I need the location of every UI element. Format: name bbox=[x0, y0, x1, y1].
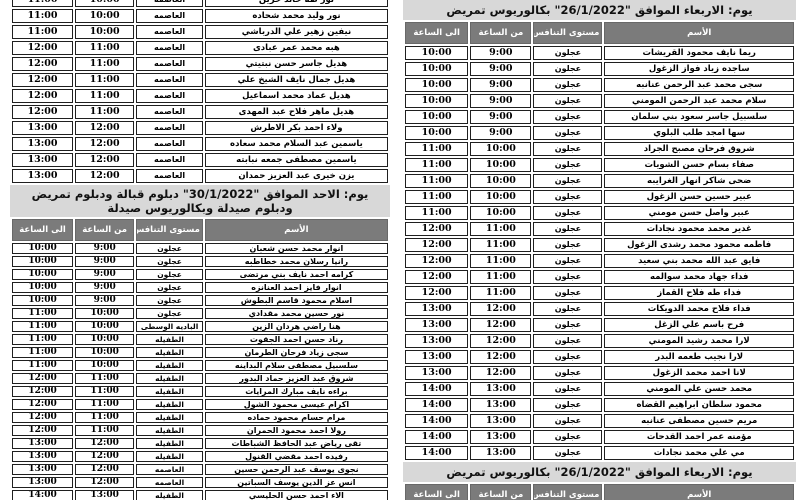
name-cell: شروق فرحان مصبح الجراد bbox=[604, 142, 794, 156]
from-cell: 9:00 bbox=[470, 110, 531, 124]
schedule-table-sunday: الأسم مستوى التنافس من الساعة الى الساعة… bbox=[10, 217, 390, 500]
name-cell: عبير واصل حسن مومني bbox=[604, 206, 794, 220]
from-cell: 10:00 bbox=[75, 0, 134, 7]
from-cell: 12:00 bbox=[75, 438, 134, 449]
name-cell: سلسبيل مصطفى سلام البداينه bbox=[205, 360, 388, 371]
name-cell: رانيا رسلان محمد خطاطبه bbox=[205, 256, 388, 267]
table-row: اسلام محمود قاسم البطوشعجلون9:0010:00 bbox=[12, 295, 388, 306]
from-cell: 12:00 bbox=[470, 366, 531, 380]
table-row: نيفين زهير علي الدرباشيالعاصمه10:0011:00 bbox=[12, 25, 388, 39]
column-wednesday: يوم: الاربعاء الموافق "26/1/2022" بكالور… bbox=[403, 0, 796, 500]
to-cell: 13:00 bbox=[12, 169, 73, 183]
table-row: مي علي محمد نجاداتعجلون13:0014:00 bbox=[405, 446, 794, 460]
table-row: هبه محمد عمر عبادىالعاصمه11:0012:00 bbox=[12, 41, 388, 55]
name-cell: نيفين زهير علي الدرباشي bbox=[205, 25, 388, 39]
level-cell: عجلون bbox=[533, 382, 602, 396]
col-header-level: مستوى التنافس bbox=[533, 22, 602, 44]
to-cell: 10:00 bbox=[405, 46, 468, 60]
name-cell: فداء جهاد محمد سوالمه bbox=[604, 270, 794, 284]
table-row: سلسبيل جاسر سعود بني سلمانعجلون9:0010:00 bbox=[405, 110, 794, 124]
level-cell: عجلون bbox=[533, 222, 602, 236]
table-row: فداء جهاد محمد سوالمهعجلون11:0012:00 bbox=[405, 270, 794, 284]
level-cell: عجلون bbox=[533, 238, 602, 252]
name-cell: ريما نايف محمود القريشات bbox=[604, 46, 794, 60]
from-cell: 11:00 bbox=[75, 105, 134, 119]
to-cell: 12:00 bbox=[405, 238, 468, 252]
table-row: فاطمه محمود محمد رشدى الزغولعجلون11:0012… bbox=[405, 238, 794, 252]
to-cell: 10:00 bbox=[405, 62, 468, 76]
level-cell: العاصمه bbox=[136, 57, 203, 71]
col-header-name: الأسم bbox=[205, 219, 388, 241]
col-header-level: مستوى التنافس bbox=[533, 484, 602, 500]
level-cell: عجلون bbox=[136, 269, 203, 280]
level-cell: عجلون bbox=[533, 46, 602, 60]
from-cell: 10:00 bbox=[75, 25, 134, 39]
to-cell: 12:00 bbox=[12, 425, 73, 436]
to-cell: 10:00 bbox=[405, 126, 468, 140]
to-cell: 13:00 bbox=[12, 451, 73, 462]
name-cell: محمد حسن علي المومني bbox=[604, 382, 794, 396]
name-cell: اسلام محمود قاسم البطوش bbox=[205, 295, 388, 306]
name-cell: سجى محمد عبد الرحمن عنانبه bbox=[604, 78, 794, 92]
table-row: سلام محمد عبد الرحمن المومنيعجلون9:0010:… bbox=[405, 94, 794, 108]
level-cell: عجلون bbox=[533, 142, 602, 156]
from-cell: 13:00 bbox=[470, 414, 531, 428]
schedule-table-wednesday-next: الأسم مستوى التنافس من الساعة الى الساعة bbox=[403, 482, 796, 500]
to-cell: 14:00 bbox=[405, 382, 468, 396]
name-cell: يزن خيرى عبد العزيز حمدان bbox=[205, 169, 388, 183]
name-cell: هبه محمد عمر عبادى bbox=[205, 41, 388, 55]
level-cell: العاصمه bbox=[136, 89, 203, 103]
to-cell: 11:00 bbox=[12, 321, 73, 332]
table-row: لارا نجيب طعمه البدرعجلون12:0013:00 bbox=[405, 350, 794, 364]
to-cell: 13:00 bbox=[405, 302, 468, 316]
name-cell: فرح باسم علي الزغل bbox=[604, 318, 794, 332]
level-cell: الطفيله bbox=[136, 451, 203, 462]
name-cell: ساجده زياد فواز الزغول bbox=[604, 62, 794, 76]
to-cell: 11:00 bbox=[405, 206, 468, 220]
name-cell: هديل جمال نايف الشيخ علي bbox=[205, 73, 388, 87]
name-cell: اكرام عيسى محمود الشول bbox=[205, 399, 388, 410]
from-cell: 12:00 bbox=[470, 334, 531, 348]
table-row: رانيا رسلان محمد خطاطبهعجلون9:0010:00 bbox=[12, 256, 388, 267]
level-cell: عجلون bbox=[136, 295, 203, 306]
table-row: الاء احمد حسن الحليسيالطفيله13:0014:00 bbox=[12, 490, 388, 500]
col-header-name: الأسم bbox=[604, 484, 794, 500]
header-row: الأسم مستوى التنافس من الساعة الى الساعة bbox=[12, 219, 388, 241]
table-row: فايق عبد الله محمد بني سعيدعجلون11:0012:… bbox=[405, 254, 794, 268]
name-cell: ولاء احمد بكر الاطرش bbox=[205, 121, 388, 135]
from-cell: 9:00 bbox=[470, 126, 531, 140]
from-cell: 9:00 bbox=[470, 46, 531, 60]
table-row: فرح باسم علي الزغلعجلون12:0013:00 bbox=[405, 318, 794, 332]
level-cell: عجلون bbox=[136, 282, 203, 293]
name-cell: نور وليد محمد شحاده bbox=[205, 9, 388, 23]
col-header-level: مستوى التنافس bbox=[136, 219, 203, 241]
level-cell: عجلون bbox=[533, 302, 602, 316]
to-cell: 11:00 bbox=[12, 334, 73, 345]
to-cell: 12:00 bbox=[12, 41, 73, 55]
level-cell: العاصمه bbox=[136, 25, 203, 39]
to-cell: 11:00 bbox=[12, 9, 73, 23]
to-cell: 10:00 bbox=[405, 94, 468, 108]
name-cell: الاء احمد حسن الحليسي bbox=[205, 490, 388, 500]
to-cell: 10:00 bbox=[12, 295, 73, 306]
to-cell: 12:00 bbox=[12, 89, 73, 103]
table-row: رفيده احمد مقضي القنولالطفيله12:0013:00 bbox=[12, 451, 388, 462]
from-cell: 11:00 bbox=[75, 399, 134, 410]
to-cell: 12:00 bbox=[405, 270, 468, 284]
table-row: فداء طه فلاح القمازعجلون11:0012:00 bbox=[405, 286, 794, 300]
to-cell: 14:00 bbox=[405, 430, 468, 444]
level-cell: عجلون bbox=[533, 270, 602, 284]
to-cell: 12:00 bbox=[12, 399, 73, 410]
to-cell: 13:00 bbox=[12, 438, 73, 449]
col-header-from: من الساعة bbox=[75, 219, 134, 241]
name-cell: مرام حسام محمود حماده bbox=[205, 412, 388, 423]
from-cell: 12:00 bbox=[75, 153, 134, 167]
name-cell: نور حسين محمد مقدادي bbox=[205, 308, 388, 319]
level-cell: العاصمه bbox=[136, 9, 203, 23]
table-row: هديل جمال نايف الشيخ عليالعاصمه11:0012:0… bbox=[12, 73, 388, 87]
name-cell: براءه نايف مبارك المرايات bbox=[205, 386, 388, 397]
name-cell: فاطمه محمود محمد رشدى الزغول bbox=[604, 238, 794, 252]
name-cell: ياسمين مصطفى جمعه نبابته bbox=[205, 153, 388, 167]
from-cell: 11:00 bbox=[470, 222, 531, 236]
from-cell: 13:00 bbox=[470, 446, 531, 460]
table-row: رناد حسن احمد الجقوتالطفيله10:0011:00 bbox=[12, 334, 388, 345]
name-cell: لارا نجيب طعمه البدر bbox=[604, 350, 794, 364]
table-row: ساجده زياد فواز الزغولعجلون9:0010:00 bbox=[405, 62, 794, 76]
table-row: لانا احمد محمد الزغولعجلون12:0013:00 bbox=[405, 366, 794, 380]
table-row: هديل عماد محمد اسماعيلالعاصمه11:0012:00 bbox=[12, 89, 388, 103]
table-row: ضحى شاكر انهار الغرايبهعجلون10:0011:00 bbox=[405, 174, 794, 188]
level-cell: عجلون bbox=[533, 350, 602, 364]
name-cell: فداء طه فلاح القماز bbox=[604, 286, 794, 300]
level-cell: الطفيله bbox=[136, 334, 203, 345]
to-cell: 13:00 bbox=[12, 153, 73, 167]
to-cell: 10:00 bbox=[12, 256, 73, 267]
from-cell: 10:00 bbox=[470, 190, 531, 204]
name-cell: عبير حسين حسن الزغول bbox=[604, 190, 794, 204]
table-row: عبير واصل حسن مومنيعجلون10:0011:00 bbox=[405, 206, 794, 220]
col-header-to: الى الساعة bbox=[405, 484, 468, 500]
table-row: ياسمين مصطفى جمعه نبابتهالعاصمه12:0013:0… bbox=[12, 153, 388, 167]
to-cell: 14:00 bbox=[405, 446, 468, 460]
level-cell: عجلون bbox=[533, 430, 602, 444]
level-cell: الطفيله bbox=[136, 425, 203, 436]
level-cell: العاصمه bbox=[136, 169, 203, 183]
level-cell: الطفيله bbox=[136, 347, 203, 358]
level-cell: عجلون bbox=[533, 414, 602, 428]
from-cell: 11:00 bbox=[75, 57, 134, 71]
name-cell: انوار فايز احمد العنانزه bbox=[205, 282, 388, 293]
table-row: اكرام عيسى محمود الشولالطفيله11:0012:00 bbox=[12, 399, 388, 410]
to-cell: 13:00 bbox=[405, 318, 468, 332]
level-cell: العاصمه bbox=[136, 121, 203, 135]
to-cell: 12:00 bbox=[12, 386, 73, 397]
name-cell: مي علي محمد نجادات bbox=[604, 446, 794, 460]
level-cell: العاصمه bbox=[136, 0, 203, 7]
from-cell: 12:00 bbox=[75, 169, 134, 183]
name-cell: سها امجد طلب البلوي bbox=[604, 126, 794, 140]
from-cell: 11:00 bbox=[470, 286, 531, 300]
table-row: سلسبيل مصطفى سلام البداينهالطفيله10:0011… bbox=[12, 360, 388, 371]
name-cell: سجى زياد فرحان الطرمان bbox=[205, 347, 388, 358]
level-cell: عجلون bbox=[533, 318, 602, 332]
level-cell: عجلون bbox=[533, 62, 602, 76]
from-cell: 10:00 bbox=[470, 158, 531, 172]
to-cell: 11:00 bbox=[12, 25, 73, 39]
table-row: شروق فرحان مصبح الجرادعجلون10:0011:00 bbox=[405, 142, 794, 156]
from-cell: 10:00 bbox=[470, 142, 531, 156]
to-cell: 10:00 bbox=[405, 110, 468, 124]
table-row: فداء فلاح محمد الدويكاتعجلون12:0013:00 bbox=[405, 302, 794, 316]
from-cell: 10:00 bbox=[75, 347, 134, 358]
level-cell: العاصمه bbox=[136, 137, 203, 151]
name-cell: تقى رياض عبد الحافظ الشباطات bbox=[205, 438, 388, 449]
to-cell: 14:00 bbox=[12, 490, 73, 500]
to-cell: 12:00 bbox=[12, 73, 73, 87]
level-cell: عجلون bbox=[533, 254, 602, 268]
table-row: شروق عبد العزيز حماد البدورالطفيله11:001… bbox=[12, 373, 388, 384]
level-cell: الباديه الوسطى bbox=[136, 321, 203, 332]
name-cell: مؤمنه عمر احمد القدحات bbox=[604, 430, 794, 444]
table-row: انوار فايز احمد العنانزهعجلون9:0010:00 bbox=[12, 282, 388, 293]
table-row: نجوى يوسف عبد الرحمن حسينالعاصمه12:0013:… bbox=[12, 464, 388, 475]
table-row: ريما نايف محمود القريشاتعجلون9:0010:00 bbox=[405, 46, 794, 60]
name-cell: انوار محمد حسن شعبان bbox=[205, 243, 388, 254]
name-cell: هديل ماهر فلاح عبد المهدى bbox=[205, 105, 388, 119]
table-row: سجى زياد فرحان الطرمانالطفيله10:0011:00 bbox=[12, 347, 388, 358]
table-row: صفاء بسام حسن الشوياتعجلون10:0011:00 bbox=[405, 158, 794, 172]
from-cell: 13:00 bbox=[470, 430, 531, 444]
column-continuation: نور طه خالد حزينالعاصمه10:0011:00نور ولي… bbox=[10, 0, 390, 500]
level-cell: عجلون bbox=[533, 398, 602, 412]
from-cell: 10:00 bbox=[75, 321, 134, 332]
table-row: نور وليد محمد شحادهالعاصمه10:0011:00 bbox=[12, 9, 388, 23]
name-cell: مريم حسين مصطفى عنانبه bbox=[604, 414, 794, 428]
to-cell: 12:00 bbox=[12, 105, 73, 119]
from-cell: 12:00 bbox=[470, 302, 531, 316]
to-cell: 11:00 bbox=[12, 347, 73, 358]
from-cell: 11:00 bbox=[470, 238, 531, 252]
section-title-wednesday: يوم: الاربعاء الموافق "26/1/2022" بكالور… bbox=[403, 0, 796, 20]
to-cell: 10:00 bbox=[12, 282, 73, 293]
to-cell: 11:00 bbox=[405, 190, 468, 204]
name-cell: نجوى يوسف عبد الرحمن حسين bbox=[205, 464, 388, 475]
table-row: لارا محمد رشيد المومنيعجلون12:0013:00 bbox=[405, 334, 794, 348]
table-row: هنا راضي هردان الزينالباديه الوسطى10:001… bbox=[12, 321, 388, 332]
from-cell: 11:00 bbox=[75, 73, 134, 87]
table-row: سها امجد طلب البلويعجلون9:0010:00 bbox=[405, 126, 794, 140]
to-cell: 12:00 bbox=[12, 412, 73, 423]
name-cell: شروق عبد العزيز حماد البدور bbox=[205, 373, 388, 384]
from-cell: 9:00 bbox=[75, 295, 134, 306]
to-cell: 12:00 bbox=[405, 286, 468, 300]
schedule-table-wednesday: الأسم مستوى التنافس من الساعة الى الساعة… bbox=[403, 20, 796, 462]
to-cell: 12:00 bbox=[405, 254, 468, 268]
col-header-to: الى الساعة bbox=[405, 22, 468, 44]
table-row: هديل ماهر فلاح عبد المهدىالعاصمه11:0012:… bbox=[12, 105, 388, 119]
from-cell: 10:00 bbox=[75, 334, 134, 345]
col-header-from: من الساعة bbox=[470, 484, 531, 500]
name-cell: رولا احمد محمود الحمران bbox=[205, 425, 388, 436]
level-cell: العاصمه bbox=[136, 153, 203, 167]
from-cell: 9:00 bbox=[470, 78, 531, 92]
to-cell: 12:00 bbox=[12, 373, 73, 384]
to-cell: 10:00 bbox=[405, 78, 468, 92]
to-cell: 13:00 bbox=[12, 137, 73, 151]
table-row: غدير محمد محمود نجاداتعجلون11:0012:00 bbox=[405, 222, 794, 236]
level-cell: عجلون bbox=[533, 446, 602, 460]
from-cell: 12:00 bbox=[470, 318, 531, 332]
from-cell: 13:00 bbox=[470, 398, 531, 412]
name-cell: هديل عماد محمد اسماعيل bbox=[205, 89, 388, 103]
to-cell: 10:00 bbox=[12, 269, 73, 280]
level-cell: الطفيله bbox=[136, 386, 203, 397]
to-cell: 11:00 bbox=[12, 308, 73, 319]
to-cell: 13:00 bbox=[12, 464, 73, 475]
from-cell: 12:00 bbox=[75, 477, 134, 488]
header-row: الأسم مستوى التنافس من الساعة الى الساعة bbox=[405, 22, 794, 44]
table-row: براءه نايف مبارك المراياتالطفيله11:0012:… bbox=[12, 386, 388, 397]
table-row: يزن خيرى عبد العزيز حمدانالعاصمه12:0013:… bbox=[12, 169, 388, 183]
name-cell: نور طه خالد حزين bbox=[205, 0, 388, 7]
to-cell: 10:00 bbox=[12, 243, 73, 254]
table-row: انس عز الدين يوسف السباتينالعاصمه12:0013… bbox=[12, 477, 388, 488]
level-cell: العاصمه bbox=[136, 41, 203, 55]
level-cell: عجلون bbox=[533, 158, 602, 172]
from-cell: 11:00 bbox=[470, 270, 531, 284]
table-row: نور حسين محمد مقداديعجلون10:0011:00 bbox=[12, 308, 388, 319]
name-cell: سلام محمد عبد الرحمن المومني bbox=[604, 94, 794, 108]
to-cell: 14:00 bbox=[405, 414, 468, 428]
name-cell: فداء فلاح محمد الدويكات bbox=[604, 302, 794, 316]
level-cell: عجلون bbox=[533, 190, 602, 204]
level-cell: عجلون bbox=[533, 206, 602, 220]
table-row: هديل جاسر حسن نبتيتيالعاصمه11:0012:00 bbox=[12, 57, 388, 71]
from-cell: 11:00 bbox=[75, 373, 134, 384]
to-cell: 13:00 bbox=[405, 350, 468, 364]
from-cell: 10:00 bbox=[470, 174, 531, 188]
from-cell: 11:00 bbox=[75, 425, 134, 436]
from-cell: 10:00 bbox=[75, 308, 134, 319]
name-cell: هنا راضي هردان الزين bbox=[205, 321, 388, 332]
level-cell: الطفيله bbox=[136, 490, 203, 500]
table-row: رولا احمد محمود الحمرانالطفيله11:0012:00 bbox=[12, 425, 388, 436]
col-header-to: الى الساعة bbox=[12, 219, 73, 241]
level-cell: الطفيله bbox=[136, 399, 203, 410]
table-row: ولاء احمد بكر الاطرشالعاصمه12:0013:00 bbox=[12, 121, 388, 135]
level-cell: عجلون bbox=[533, 110, 602, 124]
level-cell: العاصمه bbox=[136, 464, 203, 475]
from-cell: 9:00 bbox=[75, 269, 134, 280]
from-cell: 13:00 bbox=[470, 382, 531, 396]
to-cell: 11:00 bbox=[405, 158, 468, 172]
table-row: تقى رياض عبد الحافظ الشباطاتالطفيله12:00… bbox=[12, 438, 388, 449]
schedule-table-capital-continuation: نور طه خالد حزينالعاصمه10:0011:00نور ولي… bbox=[10, 0, 390, 185]
level-cell: العاصمه bbox=[136, 105, 203, 119]
to-cell: 13:00 bbox=[405, 366, 468, 380]
from-cell: 12:00 bbox=[470, 350, 531, 364]
level-cell: عجلون bbox=[136, 308, 203, 319]
col-header-from: من الساعة bbox=[470, 22, 531, 44]
section-title-wednesday-repeat: يوم: الاربعاء الموافق "26/1/2022" بكالور… bbox=[403, 462, 796, 482]
header-row: الأسم مستوى التنافس من الساعة الى الساعة bbox=[405, 484, 794, 500]
level-cell: عجلون bbox=[533, 286, 602, 300]
table-row: سجى محمد عبد الرحمن عنانبهعجلون9:0010:00 bbox=[405, 78, 794, 92]
from-cell: 10:00 bbox=[75, 9, 134, 23]
from-cell: 11:00 bbox=[75, 412, 134, 423]
table-row: عبير حسين حسن الزغولعجلون10:0011:00 bbox=[405, 190, 794, 204]
table-row: محمود سلطان ابراهيم القضاهعجلون13:0014:0… bbox=[405, 398, 794, 412]
table-row: انوار محمد حسن شعبانعجلون9:0010:00 bbox=[12, 243, 388, 254]
to-cell: 11:00 bbox=[12, 0, 73, 7]
name-cell: فايق عبد الله محمد بني سعيد bbox=[604, 254, 794, 268]
table-row: ياسمين عبد السلام محمد سعادهالعاصمه12:00… bbox=[12, 137, 388, 151]
from-cell: 12:00 bbox=[75, 464, 134, 475]
section-title-sunday: يوم: الاحد الموافق "30/1/2022" دبلوم قبا… bbox=[10, 185, 390, 217]
from-cell: 11:00 bbox=[75, 89, 134, 103]
name-cell: لارا محمد رشيد المومني bbox=[604, 334, 794, 348]
to-cell: 13:00 bbox=[12, 121, 73, 135]
to-cell: 11:00 bbox=[12, 360, 73, 371]
level-cell: الطفيله bbox=[136, 360, 203, 371]
name-cell: هديل جاسر حسن نبتيتي bbox=[205, 57, 388, 71]
to-cell: 11:00 bbox=[405, 142, 468, 156]
name-cell: ياسمين عبد السلام محمد سعاده bbox=[205, 137, 388, 151]
name-cell: رفيده احمد مقضي القنول bbox=[205, 451, 388, 462]
from-cell: 9:00 bbox=[470, 62, 531, 76]
from-cell: 12:00 bbox=[75, 137, 134, 151]
col-header-name: الأسم bbox=[604, 22, 794, 44]
level-cell: عجلون bbox=[533, 174, 602, 188]
table-row: مؤمنه عمر احمد القدحاتعجلون13:0014:00 bbox=[405, 430, 794, 444]
two-column-layout: يوم: الاربعاء الموافق "26/1/2022" بكالور… bbox=[0, 0, 800, 500]
level-cell: الطفيله bbox=[136, 438, 203, 449]
to-cell: 12:00 bbox=[12, 57, 73, 71]
name-cell: انس عز الدين يوسف السباتين bbox=[205, 477, 388, 488]
name-cell: ضحى شاكر انهار الغرايبه bbox=[604, 174, 794, 188]
to-cell: 13:00 bbox=[405, 334, 468, 348]
level-cell: عجلون bbox=[533, 366, 602, 380]
name-cell: لانا احمد محمد الزغول bbox=[604, 366, 794, 380]
level-cell: عجلون bbox=[533, 126, 602, 140]
name-cell: رناد حسن احمد الجقوت bbox=[205, 334, 388, 345]
level-cell: الطفيله bbox=[136, 412, 203, 423]
table-row: مريم حسين مصطفى عنانبهعجلون13:0014:00 bbox=[405, 414, 794, 428]
from-cell: 13:00 bbox=[75, 490, 134, 500]
from-cell: 11:00 bbox=[75, 41, 134, 55]
from-cell: 9:00 bbox=[470, 94, 531, 108]
from-cell: 9:00 bbox=[75, 243, 134, 254]
from-cell: 9:00 bbox=[75, 256, 134, 267]
from-cell: 10:00 bbox=[470, 206, 531, 220]
level-cell: العاصمه bbox=[136, 477, 203, 488]
level-cell: عجلون bbox=[533, 334, 602, 348]
name-cell: محمود سلطان ابراهيم القضاه bbox=[604, 398, 794, 412]
from-cell: 12:00 bbox=[75, 121, 134, 135]
name-cell: كرامه احمد نايف بني مرتضى bbox=[205, 269, 388, 280]
level-cell: عجلون bbox=[533, 78, 602, 92]
document-page: يوم: الاربعاء الموافق "26/1/2022" بكالور… bbox=[0, 0, 800, 500]
name-cell: غدير محمد محمود نجادات bbox=[604, 222, 794, 236]
level-cell: عجلون bbox=[136, 256, 203, 267]
to-cell: 12:00 bbox=[405, 222, 468, 236]
table-row: مرام حسام محمود حمادهالطفيله11:0012:00 bbox=[12, 412, 388, 423]
table-row: محمد حسن علي المومنيعجلون13:0014:00 bbox=[405, 382, 794, 396]
